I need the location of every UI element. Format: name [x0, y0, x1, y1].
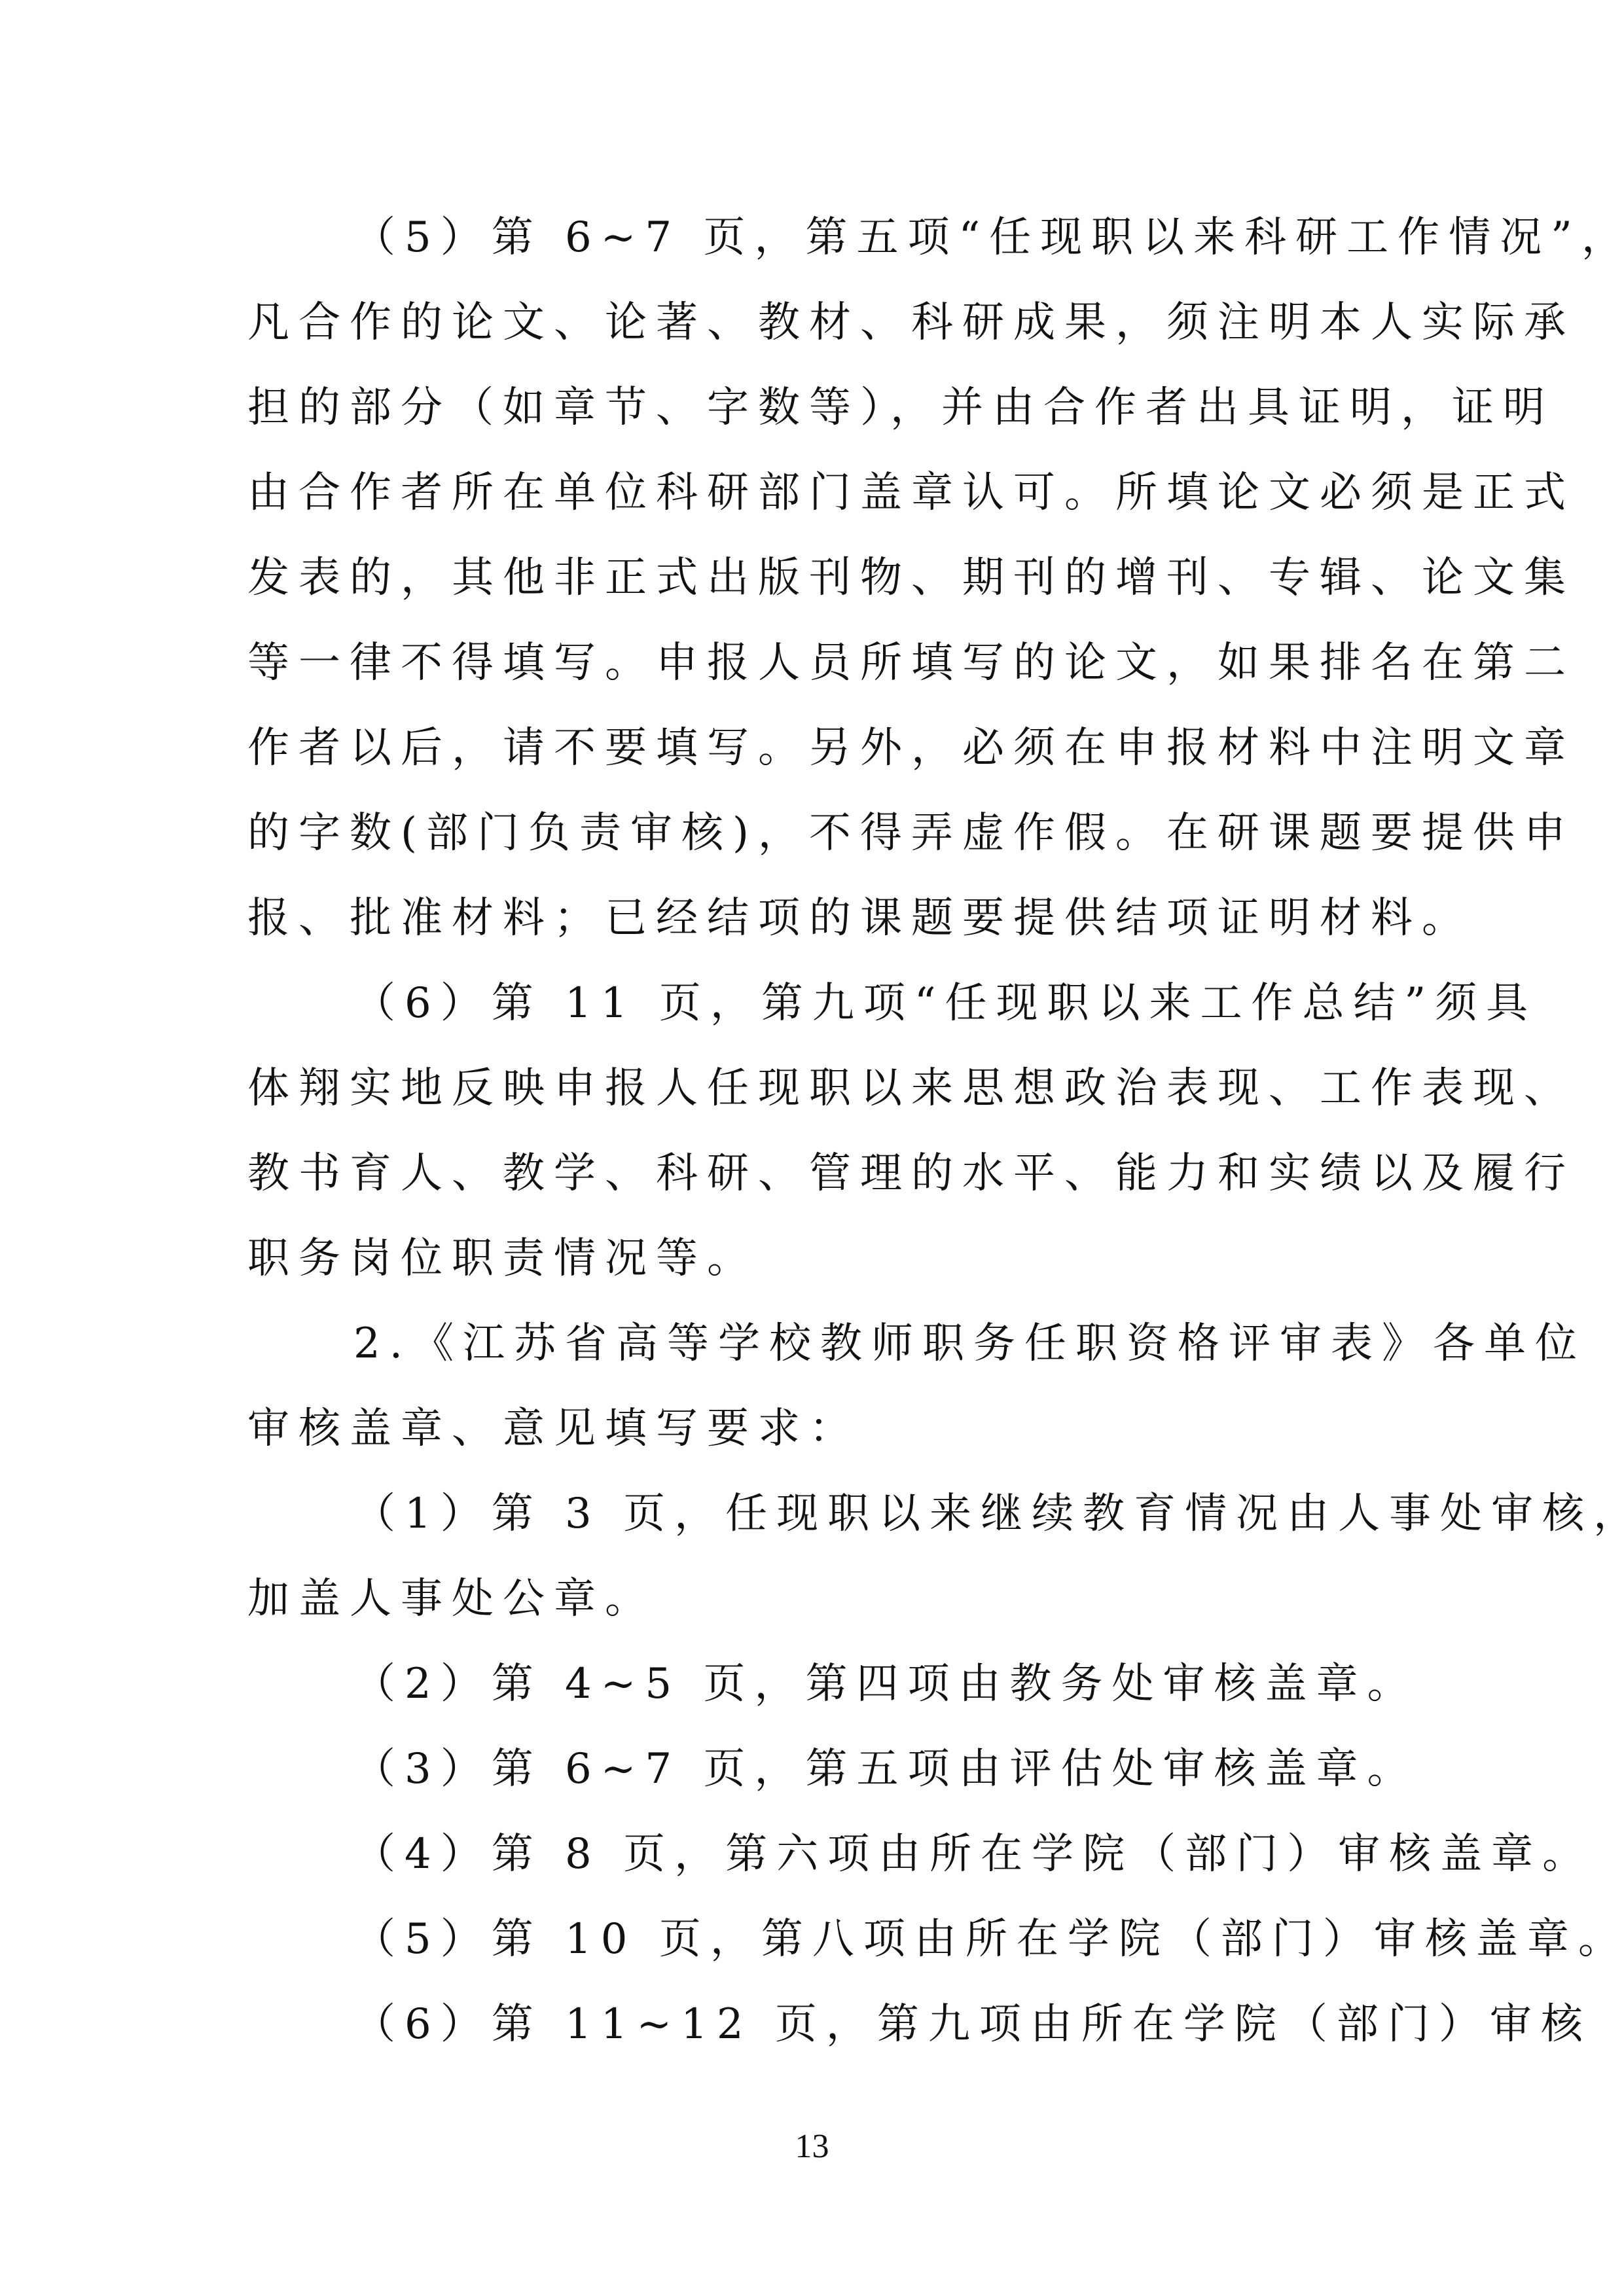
list-item-line: 加盖人事处公章。: [247, 1570, 1375, 1628]
list-item-line: （6）第 11~12 页，第九项由所在学院（部门）审核: [353, 1995, 1375, 2054]
paragraph-line: 报、批准材料；已经结项的课题要提供结项证明材料。: [247, 889, 1375, 948]
paragraph-line: 作者以后，请不要填写。另外，必须在申报材料中注明文章: [247, 719, 1375, 778]
document-page: （5）第 6~7 页，第五项“任现职以来科研工作情况”， 凡合作的论文、论著、教…: [0, 0, 1624, 2296]
paragraph-line: （5）第 6~7 页，第五项“任现职以来科研工作情况”，: [353, 208, 1375, 267]
list-item-line: （1）第 3 页，任现职以来继续教育情况由人事处审核，: [353, 1484, 1375, 1543]
paragraph-line: 发表的，其他非正式出版刊物、期刊的增刊、专辑、论文集: [247, 548, 1375, 607]
paragraph-line: 等一律不得填写。申报人员所填写的论文，如果排名在第二: [247, 634, 1375, 692]
paragraph-line: 的字数(部门负责审核)，不得弄虚作假。在研课题要提供申: [247, 804, 1375, 863]
paragraph-line: （6）第 11 页，第九项“任现职以来工作总结”须具: [353, 974, 1375, 1033]
paragraph-line: 由合作者所在单位科研部门盖章认可。所填论文必须是正式: [247, 463, 1375, 522]
list-item-line: （4）第 8 页，第六项由所在学院（部门）审核盖章。: [353, 1825, 1375, 1884]
list-item-line: （5）第 10 页，第八项由所在学院（部门）审核盖章。: [353, 1910, 1375, 1969]
section-heading-line: 审核盖章、意见填写要求：: [247, 1399, 1375, 1458]
section-heading-line: 2.《江苏省高等学校教师职务任职资格评审表》各单位: [353, 1314, 1375, 1373]
paragraph-line: 教书育人、教学、科研、管理的水平、能力和实绩以及履行: [247, 1144, 1375, 1203]
paragraph-line: 职务岗位职责情况等。: [247, 1229, 1375, 1288]
list-item-line: （2）第 4~5 页，第四项由教务处审核盖章。: [353, 1655, 1375, 1713]
paragraph-line: 担的部分（如章节、字数等），并由合作者出具证明，证明: [247, 378, 1375, 437]
list-item-line: （3）第 6~7 页，第五项由评估处审核盖章。: [353, 1740, 1375, 1799]
paragraph-line: 凡合作的论文、论著、教材、科研成果，须注明本人实际承: [247, 293, 1375, 352]
paragraph-line: 体翔实地反映申报人任现职以来思想政治表现、工作表现、: [247, 1059, 1375, 1118]
page-number: 13: [0, 2127, 1624, 2166]
